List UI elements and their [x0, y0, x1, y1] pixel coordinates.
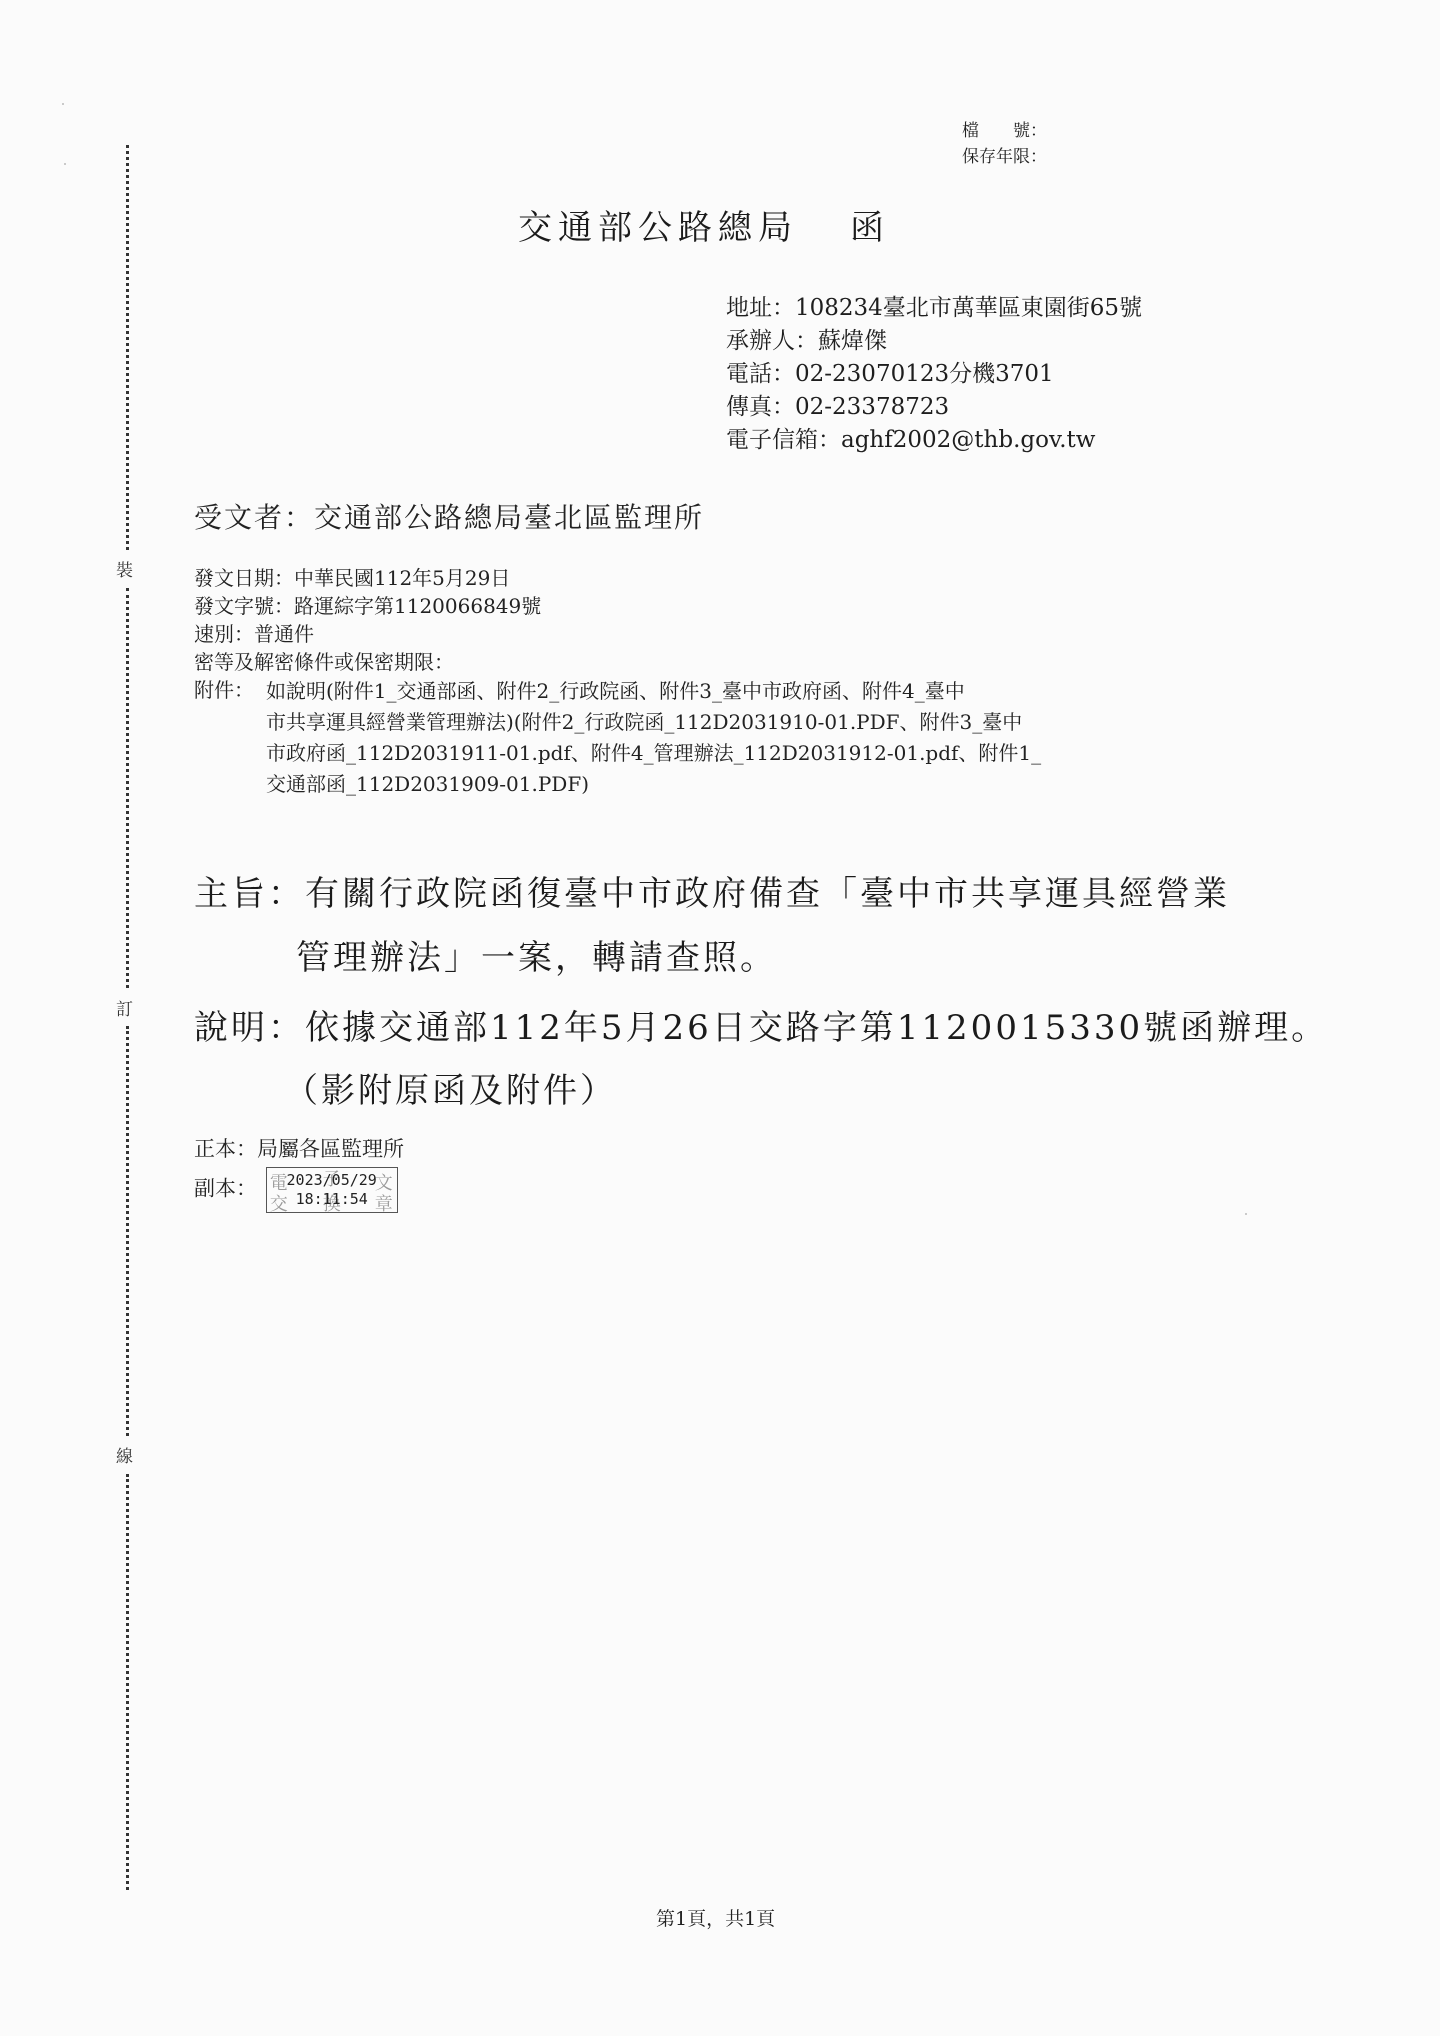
distribution: 正本：局屬各區監理所 副本： 電 子 交 換 文 章 2023/05/29 18… — [194, 1134, 404, 1213]
electronic-exchange-stamp: 電 子 交 換 文 章 2023/05/29 18:11:54 — [266, 1167, 398, 1213]
binding-line-dots — [126, 1026, 129, 1436]
archive-fields: 檔 號： 保存年限： — [962, 118, 1047, 170]
binding-label-ding: 訂 — [116, 995, 133, 1020]
binding-line-dots — [126, 1474, 129, 1890]
attachments-line: 市政府函_112D2031911-01.pdf、附件4_管理辦法_112D203… — [266, 738, 1266, 769]
subject: 主旨：有關行政院函復臺中市政府備查「臺中市共享運具經營業 — [194, 866, 1230, 915]
original-recipients: 正本：局屬各區監理所 — [194, 1134, 404, 1165]
attachments-line: 交通部函_112D2031909-01.PDF) — [266, 769, 1266, 800]
recipient: 受文者：交通部公路總局臺北區監理所 — [194, 496, 704, 536]
document-title: 交通部公路總局函 — [518, 200, 890, 249]
subject-line-2: 管理辦法」一案，轉請查照。 — [296, 930, 777, 979]
binding-line-dots — [126, 588, 129, 988]
binding-line-dots — [126, 145, 129, 550]
classification: 密等及解密條件或保密期限： — [194, 648, 541, 676]
explanation: 說明：依據交通部112年5月26日交路字第1120015330號函辦理。 — [194, 1000, 1328, 1049]
contact-block: 地址：108234臺北市萬華區東園街65號 承辦人：蘇煒傑 電話：02-2307… — [726, 292, 1142, 457]
subject-line-1: 有關行政院函復臺中市政府備查「臺中市共享運具經營業 — [305, 874, 1230, 914]
attachments-line: 如說明(附件1_交通部函、附件2_行政院函、附件3_臺中市政府函、附件4_臺中 — [266, 676, 1266, 707]
file-number-label: 檔 號： — [962, 118, 1047, 144]
email: 電子信箱：aghf2002@thb.gov.tw — [726, 424, 1142, 457]
address: 地址：108234臺北市萬華區東園街65號 — [726, 292, 1142, 325]
scan-speck — [62, 103, 64, 105]
binding-label-zhuang: 裝 — [116, 556, 133, 581]
handler: 承辦人：蘇煒傑 — [726, 325, 1142, 358]
agency-name: 交通部公路總局 — [518, 208, 798, 248]
phone: 電話：02-23070123分機3701 — [726, 358, 1142, 391]
binding-label-xian: 線 — [116, 1442, 133, 1467]
attachments-label: 附件： — [194, 676, 266, 704]
issue-date: 發文日期：中華民國112年5月29日 — [194, 564, 541, 592]
document-meta: 發文日期：中華民國112年5月29日 發文字號：路運綜字第1120066849號… — [194, 564, 541, 800]
explanation-line-2: （影附原函及附件） — [284, 1063, 617, 1112]
subject-label: 主旨： — [194, 874, 305, 914]
explanation-label: 說明： — [194, 1008, 305, 1048]
attachments: 附件： 如說明(附件1_交通部函、附件2_行政院函、附件3_臺中市政府函、附件4… — [194, 676, 541, 800]
scan-speck — [1245, 1213, 1247, 1215]
document-type: 函 — [850, 208, 890, 248]
page-number: 第1頁，共1頁 — [656, 1904, 775, 1931]
fax: 傳真：02-23378723 — [726, 391, 1142, 424]
delivery-speed: 速別：普通件 — [194, 620, 541, 648]
attachments-list: 如說明(附件1_交通部函、附件2_行政院函、附件3_臺中市政府函、附件4_臺中 … — [266, 676, 1266, 800]
retention-period-label: 保存年限： — [962, 144, 1047, 170]
stamp-time: 18:11:54 — [267, 1190, 397, 1208]
explanation-line-1: 依據交通部112年5月26日交路字第1120015330號函辦理。 — [305, 1008, 1328, 1048]
stamp-date: 2023/05/29 — [267, 1171, 397, 1189]
scan-speck — [64, 163, 66, 165]
attachments-line: 市共享運具經營業管理辦法)(附件2_行政院函_112D2031910-01.PD… — [266, 707, 1266, 738]
copy-label: 副本： — [194, 1177, 257, 1201]
document-number: 發文字號：路運綜字第1120066849號 — [194, 592, 541, 620]
